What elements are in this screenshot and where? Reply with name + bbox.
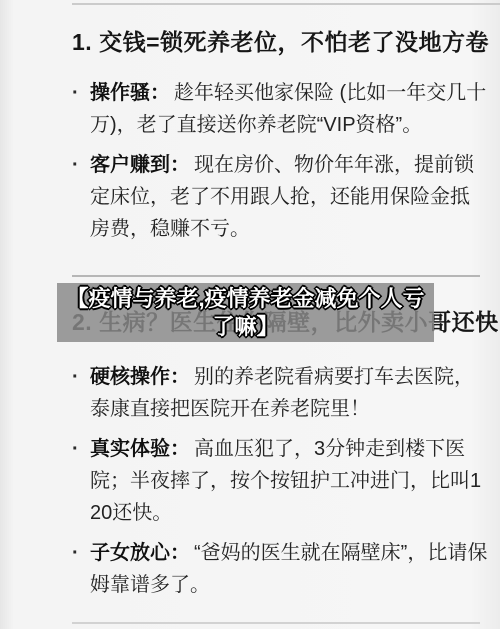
bullet-label: 子女放心： bbox=[90, 542, 190, 564]
bullet-dot-icon: · bbox=[72, 361, 90, 425]
bullet-content: 客户赚到：现在房价、物价年年涨，提前锁定床位，老了不用跟人抢，还能用保险金抵房费… bbox=[90, 149, 488, 245]
bullet-dot-icon: · bbox=[72, 77, 90, 141]
bullet-dot-icon: · bbox=[72, 433, 90, 529]
caption-line-1: 【疫情与养老,疫情养老金减免个人亏 bbox=[66, 285, 424, 313]
bullet-dot-icon: · bbox=[72, 149, 90, 245]
bullet-label: 真实体验： bbox=[90, 438, 190, 460]
article-page: 1. 交钱=锁死养老位，不怕老了没地方卷 · 操作骚：趁年轻买他家保险 (比如一… bbox=[0, 0, 500, 629]
section-1-heading: 1. 交钱=锁死养老位，不怕老了没地方卷 bbox=[72, 24, 489, 57]
divider-bottom bbox=[72, 622, 480, 624]
list-item: · 操作骚：趁年轻买他家保险 (比如一年交几十万)，老了直接送你养老院“VIP资… bbox=[72, 77, 488, 141]
section-1-bullet-list: · 操作骚：趁年轻买他家保险 (比如一年交几十万)，老了直接送你养老院“VIP资… bbox=[72, 77, 488, 253]
bullet-dot-icon: · bbox=[72, 537, 90, 601]
list-item: · 客户赚到：现在房价、物价年年涨，提前锁定床位，老了不用跟人抢，还能用保险金抵… bbox=[72, 149, 488, 245]
list-item: · 真实体验：高血压犯了，3分钟走到楼下医院；半夜摔了，按个按钮护工冲进门，比叫… bbox=[72, 433, 488, 529]
divider-mid bbox=[72, 275, 480, 277]
divider-top bbox=[72, 3, 500, 5]
bullet-content: 子女放心：“爸妈的医生就在隔壁床”，比请保姆靠谱多了。 bbox=[90, 537, 488, 601]
list-item: · 硬核操作：别的养老院看病要打车去医院，泰康直接把医院开在养老院里！ bbox=[72, 361, 488, 425]
bullet-label: 客户赚到： bbox=[90, 154, 190, 176]
bullet-label: 硬核操作： bbox=[90, 366, 190, 388]
bullet-content: 真实体验：高血压犯了，3分钟走到楼下医院；半夜摔了，按个按钮护工冲进门，比叫12… bbox=[90, 433, 488, 529]
bullet-content: 硬核操作：别的养老院看病要打车去医院，泰康直接把医院开在养老院里！ bbox=[90, 361, 488, 425]
caption-overlay-title: 【疫情与养老,疫情养老金减免个人亏 了嘛】 bbox=[57, 283, 434, 342]
bullet-label: 操作骚： bbox=[90, 82, 170, 104]
bullet-content: 操作骚：趁年轻买他家保险 (比如一年交几十万)，老了直接送你养老院“VIP资格”… bbox=[90, 77, 488, 141]
list-item: · 子女放心：“爸妈的医生就在隔壁床”，比请保姆靠谱多了。 bbox=[72, 537, 488, 601]
section-2-bullet-list: · 硬核操作：别的养老院看病要打车去医院，泰康直接把医院开在养老院里！ · 真实… bbox=[72, 361, 488, 609]
caption-line-2: 了嘛】 bbox=[212, 313, 278, 341]
